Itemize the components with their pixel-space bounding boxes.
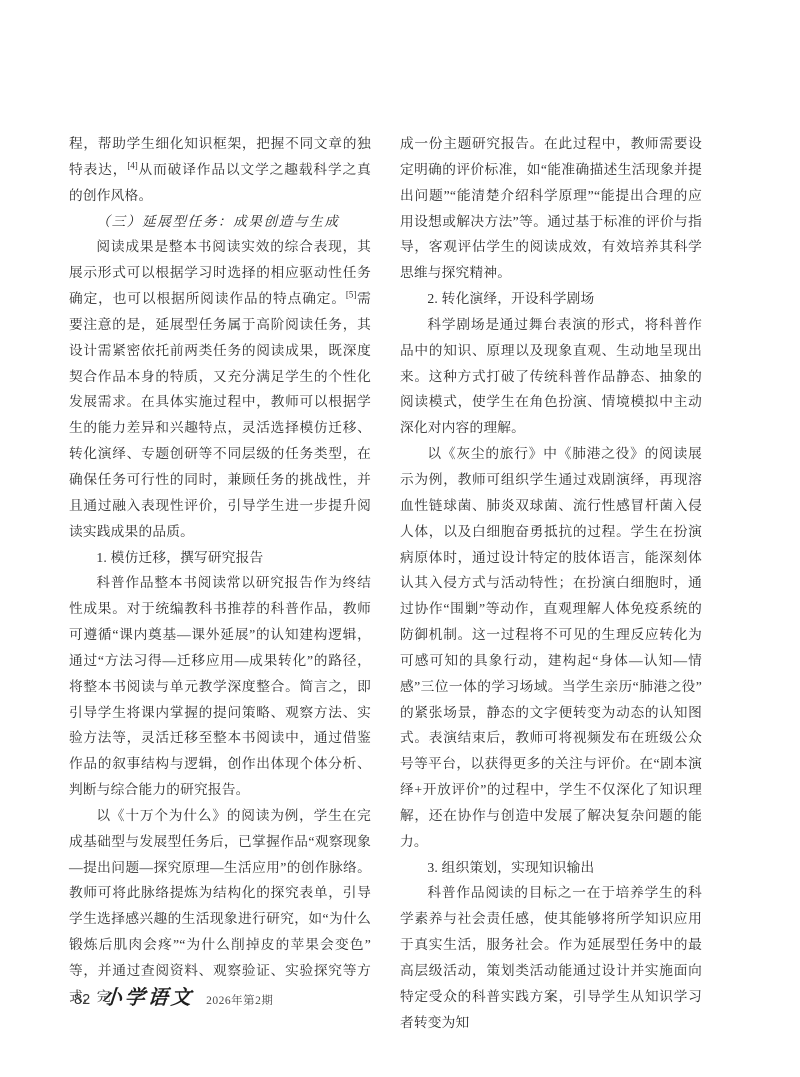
citation-ref-4: [4]	[127, 160, 138, 170]
right-column: 成一份主题研究报告。在此过程中，教师需要设定明确的评价标准，如“能准确描述生活现…	[400, 131, 702, 1036]
paragraph-text: 需要注意的是，延展型任务属于高阶阅读任务，其设计需紧密依托前两类任务的阅读成果，…	[69, 291, 371, 539]
paragraph: 以《灰尘的旅行》中《肺港之役》的阅读展示为例，教师可组织学生通过戏剧演绎，再现溶…	[400, 441, 702, 855]
page-number: 82	[74, 992, 90, 1008]
subsection-heading-3: 3. 组织策划，实现知识输出	[400, 855, 702, 881]
paragraph-continuation: 成一份主题研究报告。在此过程中，教师需要设定明确的评价标准，如“能准确描述生活现…	[400, 131, 702, 286]
citation-ref-5: [5]	[346, 290, 357, 300]
left-column: 程，帮助学生细化知识框架，把握不同文章的独特表达，[4]从而破译作品以文学之趣载…	[69, 131, 371, 1036]
section-heading-3: （三）延展型任务：成果创造与生成	[69, 209, 371, 235]
journal-page: 程，帮助学生细化知识框架，把握不同文章的独特表达，[4]从而破译作品以文学之趣载…	[0, 0, 800, 1077]
subsection-heading-1: 1. 模仿迁移，撰写研究报告	[69, 545, 371, 571]
paragraph-continuation: 程，帮助学生细化知识框架，把握不同文章的独特表达，[4]从而破译作品以文学之趣载…	[69, 131, 371, 209]
page-footer: 82 小学语文 2026年第2期	[74, 981, 273, 1010]
journal-issue: 2026年第2期	[206, 992, 273, 1008]
paragraph: 阅读成果是整本书阅读实效的综合表现，其展示形式可以根据学习时选择的相应驱动性任务…	[69, 234, 371, 544]
paragraph: 科普作品阅读的目标之一在于培养学生的科学素养与社会责任感，使其能够将所学知识应用…	[400, 880, 702, 1035]
paragraph: 科普作品整本书阅读常以研究报告作为终结性成果。对于统编教科书推荐的科普作品，教师…	[69, 570, 371, 803]
journal-title-logo: 小学语文	[101, 981, 195, 1010]
paragraph-text: 阅读成果是整本书阅读实效的综合表现，其展示形式可以根据学习时选择的相应驱动性任务…	[69, 239, 371, 306]
paragraph: 科学剧场是通过舞台表演的形式，将科普作品中的知识、原理以及现象直观、生动地呈现出…	[400, 312, 702, 441]
subsection-heading-2: 2. 转化演绎，开设科学剧场	[400, 286, 702, 312]
paragraph: 以《十万个为什么》的阅读为例，学生在完成基础型与发展型任务后，已掌握作品“观察现…	[69, 803, 371, 1010]
two-column-text-area: 程，帮助学生细化知识框架，把握不同文章的独特表达，[4]从而破译作品以文学之趣载…	[69, 131, 702, 1036]
